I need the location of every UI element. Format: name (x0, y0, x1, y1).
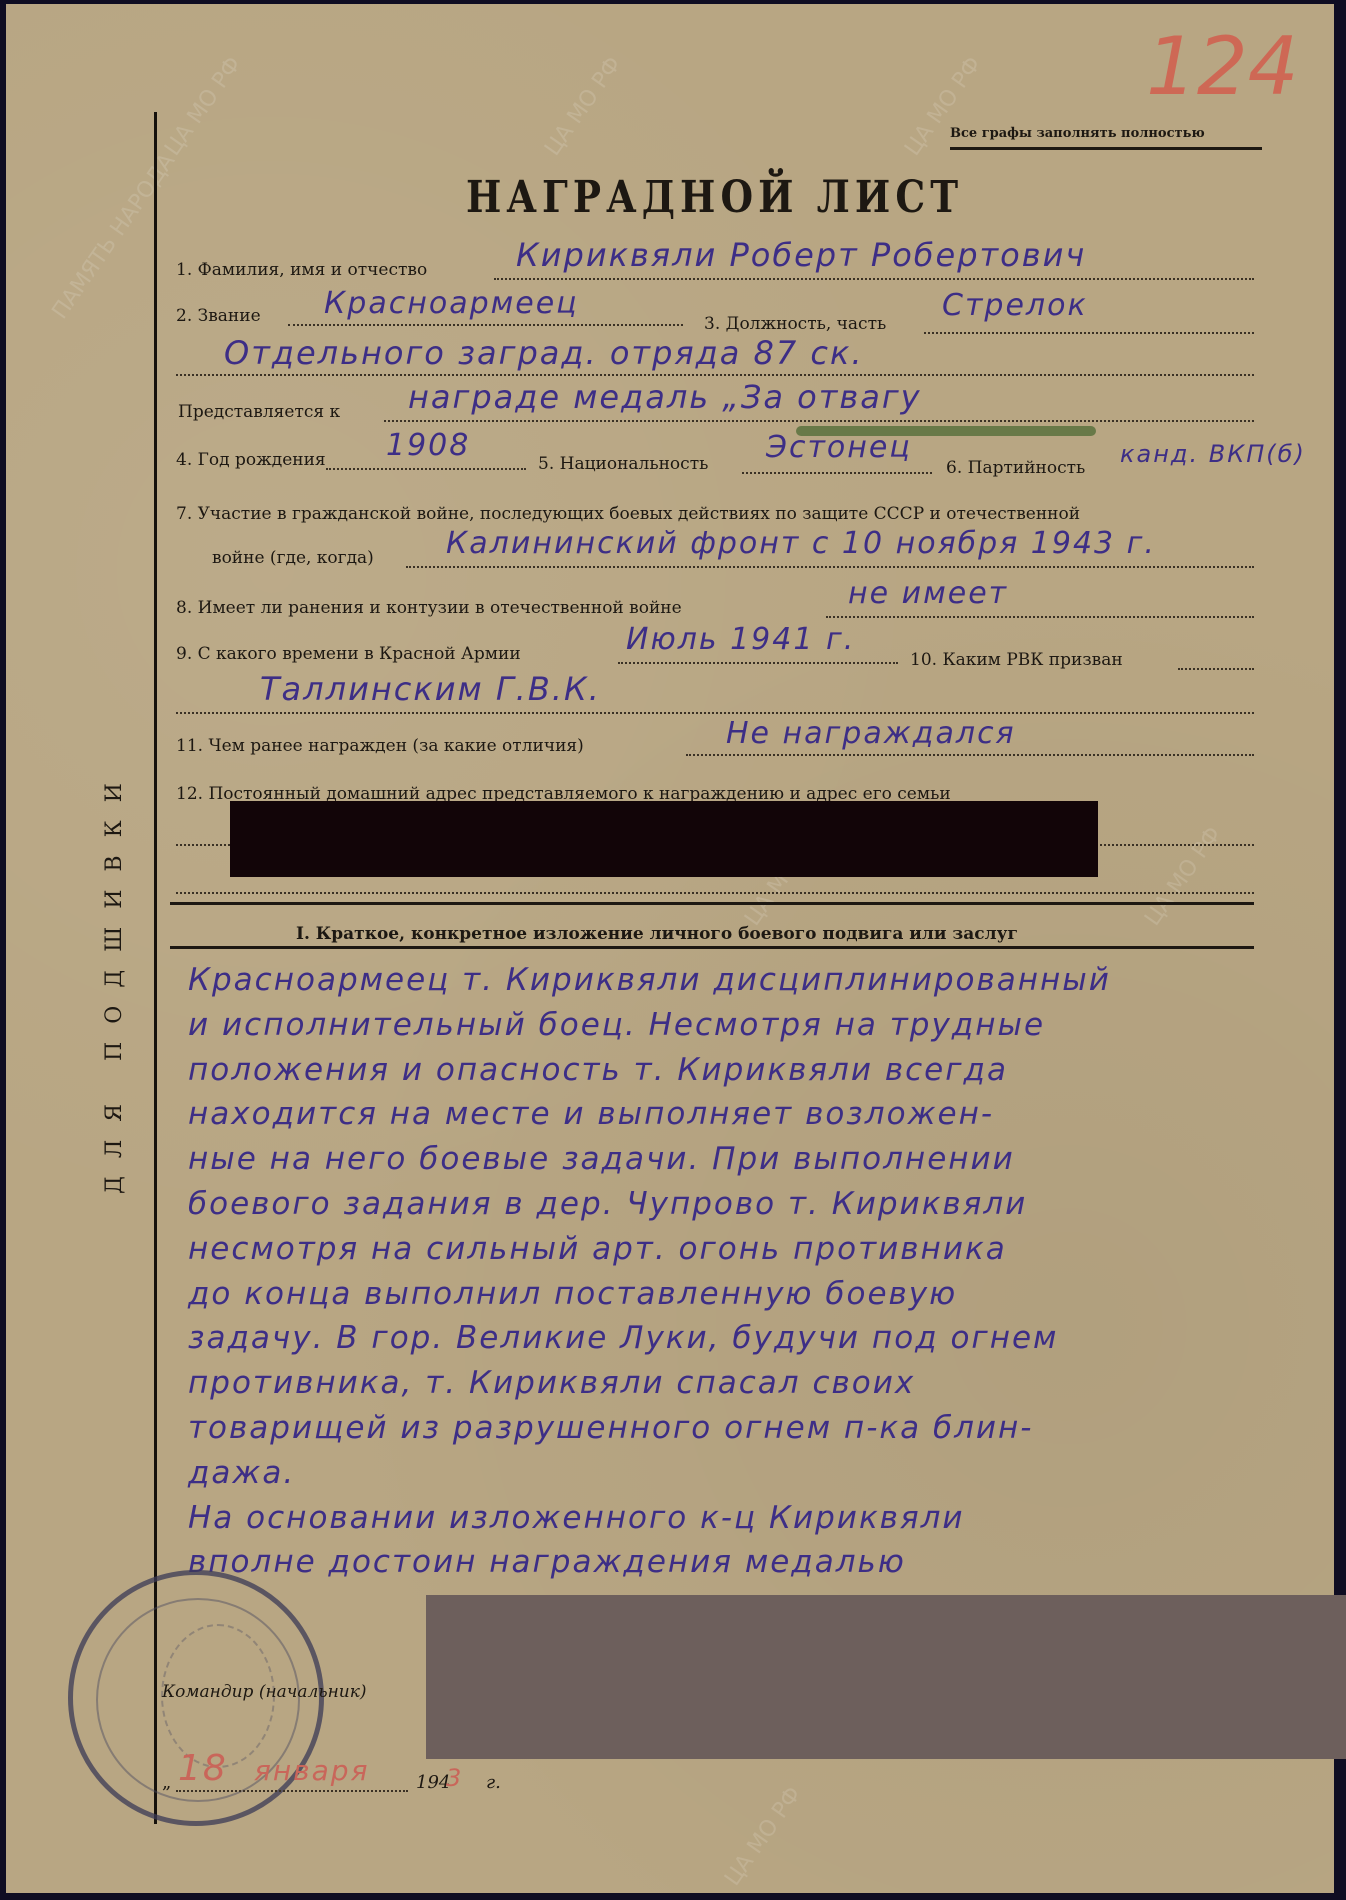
field-4-value: 1908 (386, 428, 470, 463)
field-1-value: Кириквяли Роберт Робертович (516, 236, 1086, 274)
citation-line: до конца выполнил поставленную боевую (188, 1272, 1111, 1317)
citation-line: находится на месте и выполняет возложен- (188, 1092, 1111, 1137)
field-5-value: Эстонец (766, 430, 912, 465)
date-month: января (254, 1754, 369, 1787)
section-1-title: I. Краткое, конкретное изложение личного… (296, 924, 1018, 944)
field-7-value: Калининский фронт с 10 ноября 1943 г. (446, 526, 1156, 561)
archive-number: 124 (1146, 20, 1299, 113)
citation-text: Красноармеец т. Кириквяли дисциплинирова… (188, 958, 1111, 1585)
field-5-label: 5. Национальность (538, 454, 708, 474)
watermark: ЦА МО РФ (720, 1782, 806, 1890)
field-8-line (826, 616, 1254, 618)
award-value: награде медаль „За отвагу (408, 378, 922, 416)
document-title: НАГРАДНОЙ ЛИСТ (466, 172, 963, 223)
section-rule-top (170, 902, 1254, 905)
award-label: Представляется к (178, 402, 340, 422)
field-3-line (924, 332, 1254, 334)
binding-margin-rule (154, 112, 157, 1824)
field-9-value: Июль 1941 г. (626, 622, 855, 657)
field-10-line (1178, 668, 1254, 670)
date-day: 18 (178, 1748, 228, 1789)
field-11-label: 11. Чем ранее награжден (за какие отличи… (176, 736, 584, 756)
citation-line: ные на него боевые задачи. При выполнени… (188, 1137, 1111, 1182)
field-3-value: Стрелок (942, 288, 1088, 323)
field-1-line (494, 278, 1254, 280)
field-4-line (326, 468, 526, 470)
watermark: ЦА МО РФ (1140, 822, 1226, 930)
instruction-text: Все графы заполнять полностью (950, 126, 1205, 141)
citation-line: несмотря на сильный арт. огонь противник… (188, 1227, 1111, 1272)
watermark: ПАМЯТЬ НАРОДА (48, 149, 181, 324)
field-7-line (406, 566, 1254, 568)
field-2-value: Красноармеец (324, 286, 579, 321)
field-8-label: 8. Имеет ли ранения и контузии в отечест… (176, 598, 682, 618)
commander-label: Командир (начальник) (162, 1682, 367, 1702)
field-6-label: 6. Партийность (946, 458, 1085, 478)
field-3-value-cont: Отдельного заград. отряда 87 ск. (224, 334, 864, 372)
field-10-label: 10. Каким РВК призван (910, 650, 1123, 670)
field-10-line-cont (176, 712, 1254, 714)
field-10-value: Таллинским Г.В.К. (260, 670, 601, 708)
date-suffix: г. (486, 1772, 501, 1793)
field-5-line (742, 472, 932, 474)
watermark: ЦА МО РФ (160, 52, 246, 160)
date-year-suffix: 3 (446, 1764, 463, 1792)
citation-line: задачу. В гор. Великие Луки, будучи под … (188, 1316, 1111, 1361)
date-open-quote: „ (162, 1772, 171, 1793)
citation-line: боевого задания в дер. Чупрово т. Кирикв… (188, 1182, 1111, 1227)
field-8-value: не имеет (848, 576, 1008, 611)
watermark: ЦА МО РФ (540, 52, 626, 160)
citation-line: товарищей из разрушенного огнем п-ка бли… (188, 1406, 1111, 1451)
field-11-value: Не награждался (726, 716, 1016, 751)
binding-margin-label: ДЛЯ ПОДШИВКИ (102, 765, 127, 1194)
field-11-line (686, 754, 1254, 756)
address-redaction (230, 801, 1098, 877)
field-12-line-cont (176, 892, 1254, 894)
citation-line: противника, т. Кириквяли спасал своих (188, 1361, 1111, 1406)
signature-redaction (426, 1595, 1346, 1759)
field-7-label-cont: войне (где, когда) (212, 548, 374, 568)
citation-line: На основании изложенного к-ц Кириквяли (188, 1496, 1111, 1541)
section-rule-bottom (170, 946, 1254, 949)
citation-line: дажа. (188, 1451, 1111, 1496)
award-sheet-page: ЦА МО РФ ЦА МО РФ ЦА МО РФ ПАМЯТЬ НАРОДА… (6, 4, 1334, 1893)
field-2-label: 2. Звание (176, 306, 261, 326)
field-3-line-cont (176, 374, 1254, 376)
citation-line: положения и опасность т. Кириквяли всегд… (188, 1048, 1111, 1093)
citation-line: вполне достоин награждения медалью (188, 1540, 1111, 1585)
field-2-line (288, 324, 683, 326)
award-line (384, 420, 1254, 422)
watermark: ЦА МО РФ (900, 52, 986, 160)
field-9-label: 9. С какого времени в Красной Армии (176, 644, 521, 664)
citation-line: и исполнительный боец. Несмотря на трудн… (188, 1003, 1111, 1048)
date-line (176, 1790, 408, 1792)
field-1-label: 1. Фамилия, имя и отчество (176, 260, 427, 280)
field-7-label: 7. Участие в гражданской войне, последую… (176, 504, 1080, 524)
citation-line: Красноармеец т. Кириквяли дисциплинирова… (188, 958, 1111, 1003)
field-9-line (618, 662, 898, 664)
field-3-label: 3. Должность, часть (704, 314, 886, 334)
field-6-value: канд. ВКП(б) (1120, 440, 1306, 468)
field-4-label: 4. Год рождения (176, 450, 326, 470)
instruction-underline (950, 147, 1262, 150)
